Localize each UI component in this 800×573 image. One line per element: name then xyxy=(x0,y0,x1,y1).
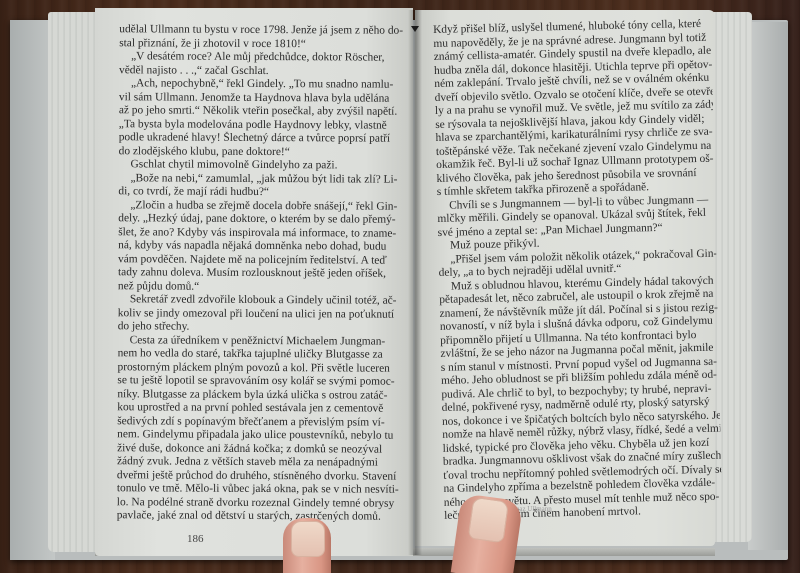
thumbnail xyxy=(291,521,325,557)
left-page: udělal Ullmann tu bystu v roce 1798. Jen… xyxy=(95,8,413,556)
text-line: pavlače, jaké znal od dětství u starých,… xyxy=(117,509,409,524)
thumbnail xyxy=(468,497,509,544)
text-line: udělal Ullmann tu bystu v roce 1798. Jen… xyxy=(119,23,411,38)
text-line: Sekretář zvedl zdvořile klobouk a Gindel… xyxy=(118,293,410,308)
right-page-text: Když přišel blíž, uslyšel tlumené, hlubo… xyxy=(433,18,722,524)
book-gutter xyxy=(408,10,422,555)
text-line: „V desátém roce? Ale můj předchůdce, dok… xyxy=(119,50,411,65)
text-line: do jeho střechy. xyxy=(118,320,410,335)
left-thumb xyxy=(283,518,331,573)
right-thumb xyxy=(451,493,524,573)
left-page-text: udělal Ullmann tu bystu v roce 1798. Jen… xyxy=(117,23,412,524)
text-line: se tu ještě lopotil se spravováním osy k… xyxy=(117,374,409,389)
text-line: dely. „Hezký údaj, pane doktore, o které… xyxy=(118,212,410,227)
text-line: až po jeho smrti.“ Několik vteřin posečk… xyxy=(119,104,411,119)
right-page: Když přišel blíž, uslyšel tlumené, hlubo… xyxy=(415,10,715,546)
text-line: Gschlat chytil mimovolně Gindelyho za pa… xyxy=(119,158,411,173)
text-line: podle ukradené hlavy! Šlechetný dárce a … xyxy=(119,131,411,146)
page-number: 186 xyxy=(187,533,204,545)
text-line: nem. Gindelymu připadala jako ulice pous… xyxy=(117,428,409,443)
text-line: kou uprostřed a na první pohled sestával… xyxy=(117,401,409,416)
text-line: nem ho vedla do staré, takřka tajuplné u… xyxy=(118,347,410,362)
text-line: di, co tvrdí, že mají rádi hudbu?“ xyxy=(118,185,410,200)
text-line: tonulo ve tmě. Mělo-li vůbec jaká okna, … xyxy=(117,482,409,497)
text-line: ná, kdyby vás napadla nějaká domněnka ne… xyxy=(118,239,410,254)
text-line: žádný zvuk. Jedna z větších staveb měla … xyxy=(117,455,409,470)
text-line: „Ach, nepochybně,“ řekl Gindely. „To mu … xyxy=(119,77,411,92)
book-cover-right-edge xyxy=(748,22,788,550)
text-line: tady zahnu doleva. Musím rozlousknout je… xyxy=(118,266,410,281)
